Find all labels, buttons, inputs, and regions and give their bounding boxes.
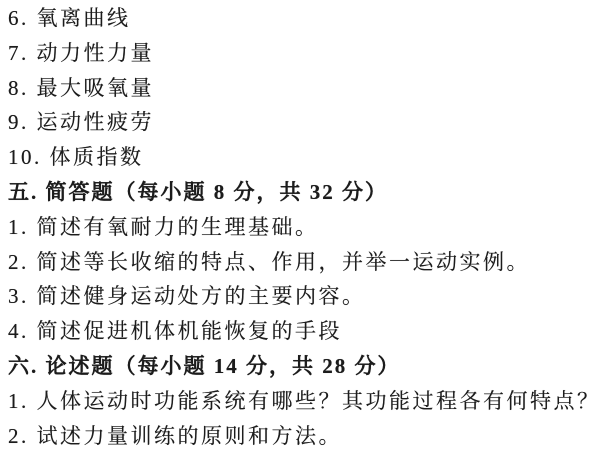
term-list-item: 10. 体质指数 — [8, 140, 600, 175]
question-line: 3. 简述健身运动处方的主要内容。 — [8, 279, 600, 314]
term-list-item: 7. 动力性力量 — [8, 36, 600, 71]
section-heading: 六. 论述题（每小题 14 分，共 28 分） — [8, 349, 600, 384]
section-heading: 五. 简答题（每小题 8 分，共 32 分） — [8, 175, 600, 210]
question-line: 2. 试述力量训练的原则和方法。 — [8, 419, 600, 454]
term-list-item: 9. 运动性疲劳 — [8, 105, 600, 140]
term-list-item: 8. 最大吸氧量 — [8, 71, 600, 106]
question-line: 2. 简述等长收缩的特点、作用，并举一运动实例。 — [8, 245, 600, 280]
term-list-item: 6. 氧离曲线 — [8, 1, 600, 36]
question-line: 1. 简述有氧耐力的生理基础。 — [8, 210, 600, 245]
question-line: 4. 简述促进机体机能恢复的手段 — [8, 314, 600, 349]
exam-document-page: 6. 氧离曲线7. 动力性力量8. 最大吸氧量9. 运动性疲劳10. 体质指数五… — [0, 0, 602, 465]
question-line: 1. 人体运动时功能系统有哪些？其功能过程各有何特点？ — [8, 384, 600, 419]
exam-text-lines: 6. 氧离曲线7. 动力性力量8. 最大吸氧量9. 运动性疲劳10. 体质指数五… — [8, 1, 600, 453]
